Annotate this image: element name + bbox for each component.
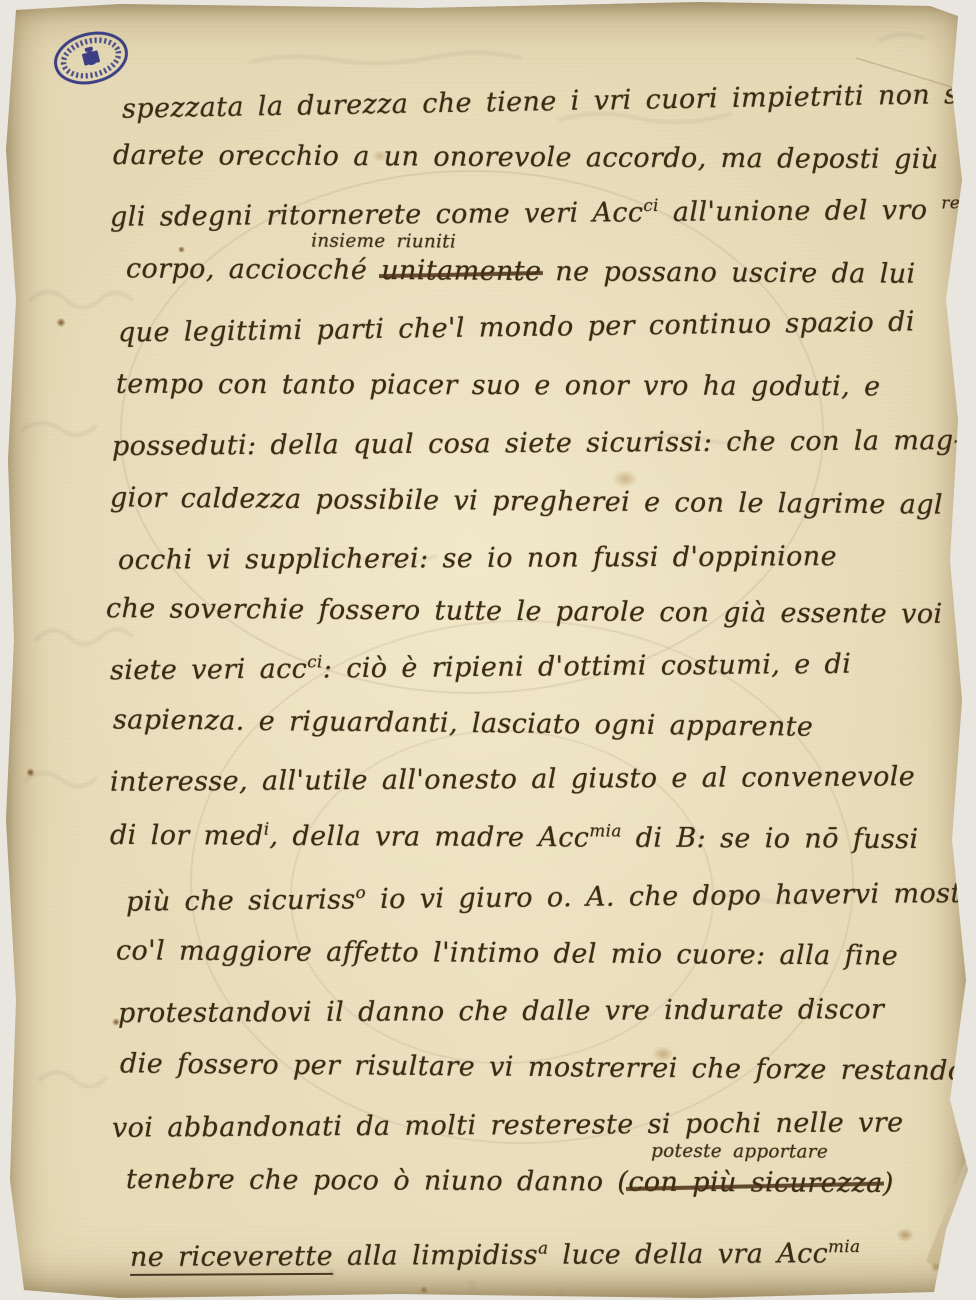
manuscript-line: co'l maggiore affetto l'intimo del mio c… [116,935,898,971]
manuscript-line: darete orecchio a un onorevole accordo, … [113,140,939,175]
manuscript-text: spezzata la durezza che tiene i vri cuor… [0,0,976,1300]
handwritten-text: corpo, acciocché [126,253,381,286]
manuscript-line: protestandovi il danno che dalle vre ind… [118,994,884,1029]
manuscript-line: corpo, acciocché unitamente ne possano u… [126,253,916,290]
handwritten-text: die fossero per risultare vi mostrerrei … [120,1048,965,1086]
struck-out-word: unitamente [381,255,541,287]
handwritten-text: all'unione del vro [659,195,942,228]
handwritten-text: , della vra madre Acc [269,821,589,854]
manuscript-line: sapienza. e riguardanti, lasciato ogni a… [113,704,814,742]
handwritten-text: posseduti: della qual cosa siete sicuris… [112,425,963,462]
handwritten-text: voi abbandonati da molti restereste si p… [112,1107,904,1144]
manuscript-line: posseduti: della qual cosa siete sicuris… [112,425,963,462]
handwritten-text: interesse, all'utile all'onesto al giust… [110,761,915,798]
handwritten-text: siete veri acc [110,654,307,687]
handwritten-text: occhi vi supplicherei: se io non fussi d… [118,541,837,576]
underlined-phrase: ne riceverette [130,1241,333,1276]
interlinear-insertion: poteste apportare [651,1141,828,1163]
manuscript-line: che soverchie fossero tutte le parole co… [106,593,943,630]
handwritten-text: sapienza. e riguardanti, lasciato ogni a… [113,704,814,742]
manuscript-line: spezzata la durezza che tiene i vri cuor… [122,78,976,124]
manuscript-line: voi abbandonati da molti restereste si p… [112,1107,904,1144]
manuscript-line: interesse, all'utile all'onesto al giust… [110,761,915,798]
manuscript-line: ne riceverette alla limpidissa luce dell… [130,1236,861,1273]
manuscript-line: die fossero per risultare vi mostrerrei … [120,1048,965,1086]
handwritten-text: luce della vra Acc [548,1238,828,1270]
handwritten-text: protestandovi il danno che dalle vre ind… [118,994,884,1029]
handwritten-text: spezzata la durezza che tiene i vri cuor… [122,78,976,124]
handwritten-text: ne possano uscire da lui [541,256,915,290]
superscript-abbreviation: ci [643,195,659,215]
handwritten-text: co'l maggiore affetto l'intimo del mio c… [116,935,898,971]
handwritten-text: darete orecchio a un onorevole accordo, … [113,140,939,175]
manuscript-line: tempo con tanto piacer suo e onor vro ha… [116,369,881,403]
manuscript-line: que legittimi parti che'l mondo per cont… [118,306,915,348]
handwritten-text: alla limpidiss [333,1240,538,1272]
struck-out-word: con più sicurezza [628,1167,883,1199]
handwritten-text: tenebre che poco ò niuno danno ( [126,1164,628,1198]
interlinear-insertion: insieme riuniti [311,231,456,253]
handwritten-text: que legittimi parti che'l mondo per cont… [118,306,915,348]
manuscript-line: gli sdegni ritornerete come veri Accci a… [110,192,976,233]
manuscript-photo: { "document": { "title": "handwritten-le… [0,0,976,1300]
manuscript-line: di lor medi, della vra madre Accmia di B… [110,818,919,855]
superscript-abbreviation: a [538,1238,548,1258]
superscript-abbreviation: ci [307,651,323,671]
manuscript-line: tenebre che poco ò niuno danno (con più … [126,1164,894,1199]
manuscript-line: siete veri accci: ciò è ripieni d'ottimi… [110,647,852,686]
handwritten-text: che soverchie fossero tutte le parole co… [106,593,943,630]
handwritten-text: : ciò è ripieni d'ottimi costumi, e di [323,649,852,685]
manuscript-line: occhi vi supplicherei: se io non fussi d… [118,541,837,576]
superscript-abbreviation: mia [828,1236,861,1256]
handwritten-text: di lor med [110,820,264,852]
manuscript-line: gior caldezza possibile vi pregherei e c… [110,482,943,520]
superscript-abbreviation: resto [941,192,976,212]
manuscript-page: spezzata la durezza che tiene i vri cuor… [0,0,976,1300]
handwritten-text: gli sdegni ritornerete come veri Acc [110,197,644,233]
handwritten-text: tempo con tanto piacer suo e onor vro ha… [116,369,881,403]
manuscript-line: più che sicurisso io vi giuro o. A. che … [126,875,976,917]
handwritten-text: io vi giuro o. A. che dopo havervi mostr… [366,877,976,915]
handwritten-text: gior caldezza possibile vi pregherei e c… [110,482,943,520]
handwritten-text: più che sicuriss [126,884,356,917]
handwritten-text: di B: se io nō fussi [622,823,919,856]
superscript-abbreviation: o [355,882,366,902]
superscript-abbreviation: mia [589,820,622,840]
